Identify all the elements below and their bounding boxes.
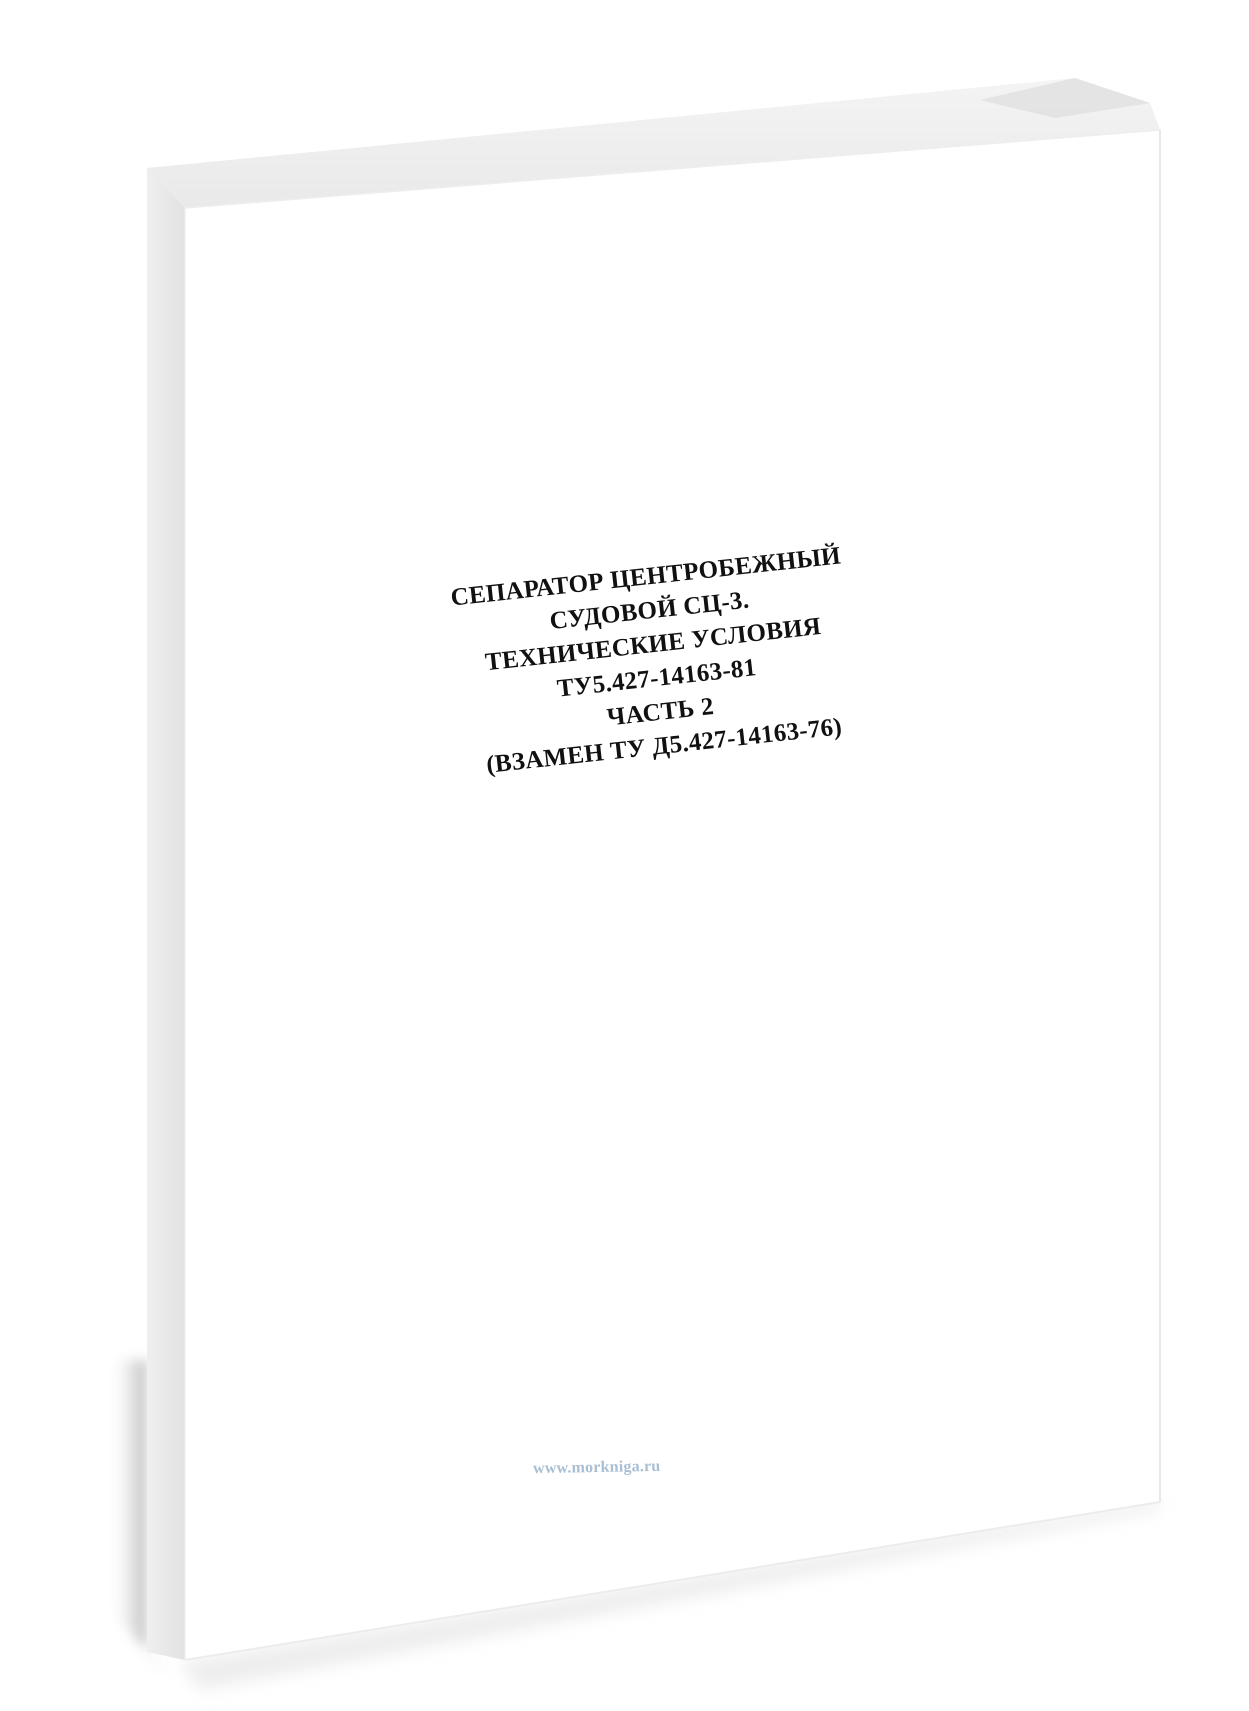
book-mockup <box>0 0 1249 1711</box>
cover-face <box>185 130 1160 1660</box>
watermark-url: www.morkniga.ru <box>533 1458 661 1478</box>
spine <box>147 168 185 1660</box>
